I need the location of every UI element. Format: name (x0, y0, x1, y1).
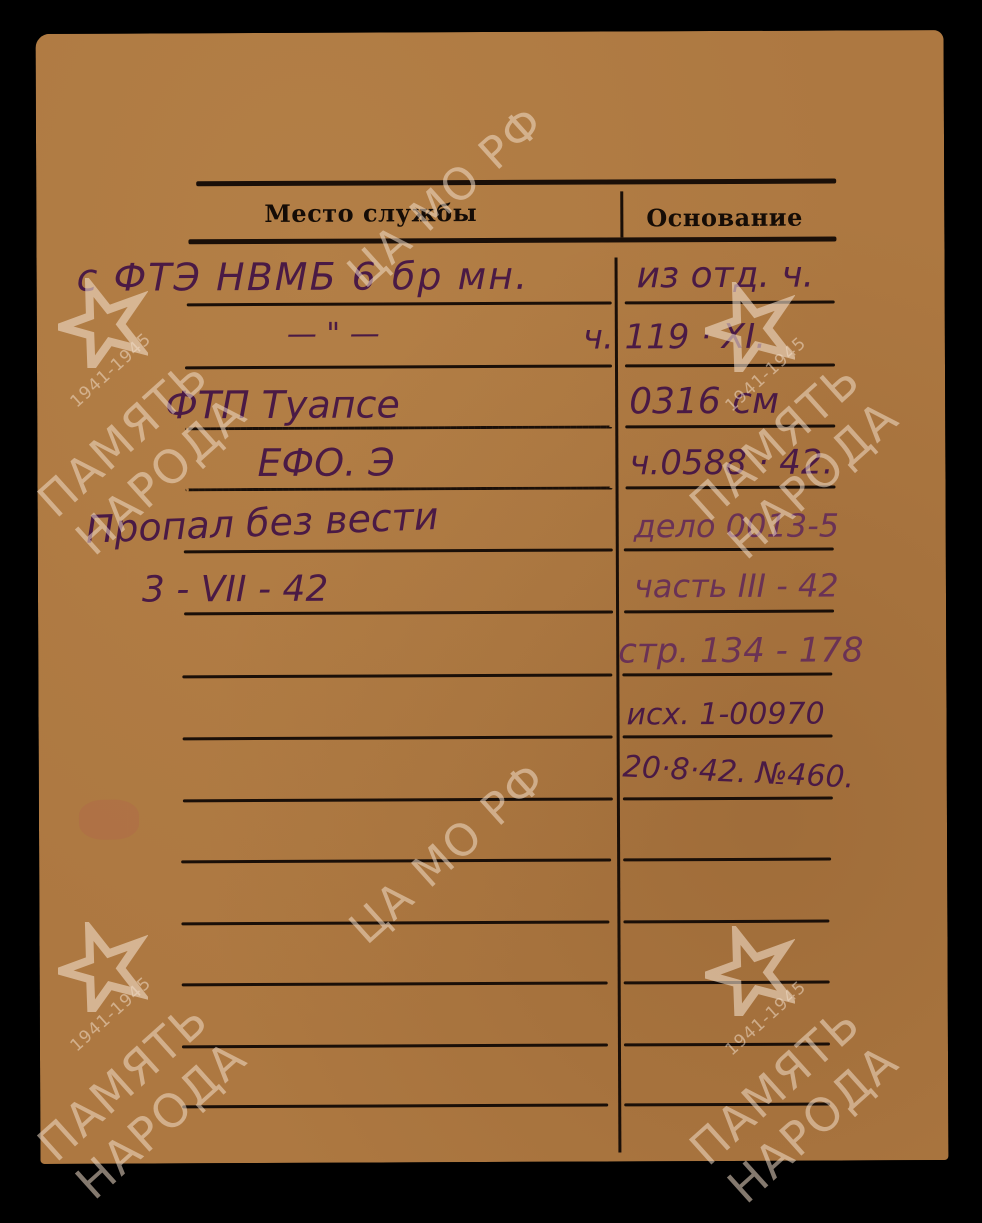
row-rule (185, 364, 612, 369)
row-rule (623, 735, 833, 739)
row-rule (623, 920, 829, 924)
row-rule (184, 548, 613, 553)
faded-red-stamp (79, 800, 139, 840)
column-header-basis: Основание (646, 203, 803, 233)
row-rule (182, 1043, 608, 1048)
basis-entry: стр. 134 - 178 (618, 630, 864, 671)
basis-entry: часть III - 42 (634, 566, 839, 605)
place-entry: ЕФО. Э (257, 440, 395, 485)
row-rule (183, 735, 613, 740)
record-card: Место службы Основание с ФТЭ НВМБ 6 бр м… (36, 30, 949, 1164)
row-rule (181, 858, 611, 863)
row-rule (624, 610, 834, 614)
basis-entry: исх. 1-00970 (626, 697, 824, 733)
row-rule (187, 301, 612, 306)
header-top-rule (196, 178, 836, 186)
header-divider (620, 191, 623, 237)
row-rule (182, 673, 612, 678)
row-rule (184, 610, 613, 615)
row-rule-dotted (186, 486, 613, 491)
place-entry: 3 - VII - 42 (142, 569, 329, 611)
row-rule (183, 797, 613, 802)
row-rule (623, 797, 833, 801)
row-rule (623, 858, 831, 862)
row-rule (182, 1103, 608, 1108)
header-bottom-rule (188, 236, 836, 244)
basis-entry: 20·8·42. №460. (622, 749, 855, 795)
column-divider (615, 257, 622, 1152)
row-rule (182, 981, 608, 986)
row-rule (624, 548, 834, 552)
place-entry: — " — (287, 316, 380, 351)
row-rule (622, 673, 832, 677)
